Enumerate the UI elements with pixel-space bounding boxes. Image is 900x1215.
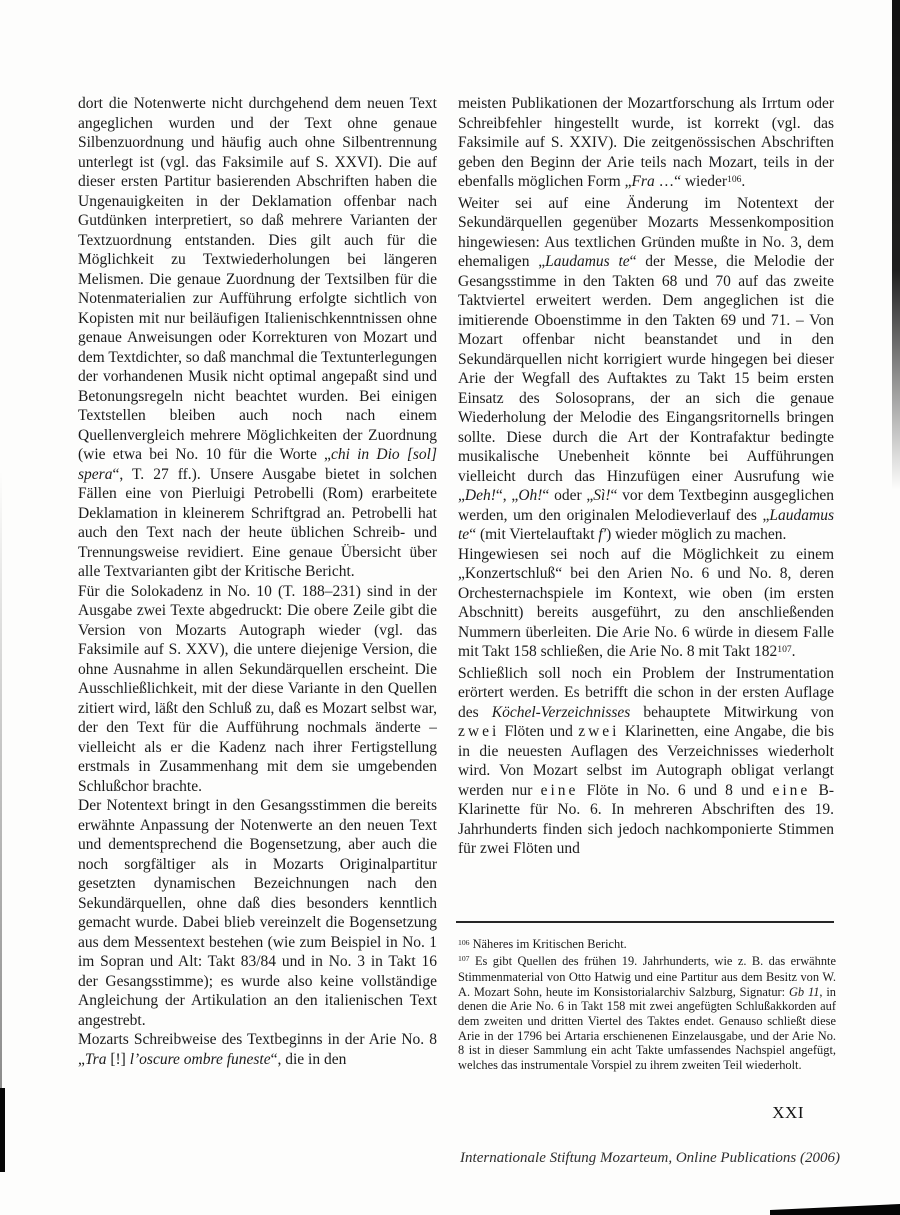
letterspaced-text-segment: eine <box>773 782 811 799</box>
paragraph: Hingewiesen sei noch auf die Möglichkeit… <box>458 545 834 664</box>
italic-text-segment: f′ <box>598 526 606 543</box>
text-segment: Flöten und <box>499 723 578 740</box>
text-segment: dort die Notenwerte nicht durchgehend de… <box>78 95 437 463</box>
italic-text-segment: Laudamus te <box>545 253 630 270</box>
italic-text-segment: Sì! <box>593 487 610 504</box>
paragraph: Der Notentext bringt in den Gesangsstimm… <box>78 796 437 1030</box>
left-text-column: dort die Notenwerte nicht durchgehend de… <box>78 94 437 1116</box>
text-segment: “ oder „ <box>542 487 593 504</box>
scan-artifact-left-hairline <box>0 470 2 1090</box>
text-segment: behauptete Mitwirkung von <box>630 704 834 721</box>
scan-artifact-bottom-right <box>770 1204 900 1215</box>
letterspaced-text-segment: zwei <box>578 723 619 740</box>
italic-text-segment: Fra <box>631 173 654 190</box>
italic-text-segment: Oh! <box>518 487 542 504</box>
italic-text-segment: Köchel-Verzeichnisses <box>492 704 631 721</box>
footer-credit: Internationale Stiftung Mozarteum, Onlin… <box>300 1150 840 1167</box>
italic-text-segment: l’oscure ombre funeste <box>130 1051 271 1068</box>
paragraph: 107 Es gibt Quellen des frühen 19. Jahrh… <box>458 954 836 1073</box>
text-segment: …“ wieder <box>655 173 727 190</box>
text-segment: “ (mit Viertelauftakt <box>469 526 598 543</box>
letterspaced-text-segment: zwei <box>458 723 499 740</box>
paragraph: Mozarts Schreibweise des Textbeginns in … <box>78 1030 437 1069</box>
paragraph: meisten Publikationen der Mozartforschun… <box>458 94 834 194</box>
letterspaced-text-segment: eine <box>541 782 579 799</box>
paragraph: Für die Solokadenz in No. 10 (T. 188–231… <box>78 582 437 797</box>
document-page: dort die Notenwerte nicht durchgehend de… <box>0 0 900 1215</box>
text-segment: “, T. 27 ff.). Unsere Ausgabe bietet in … <box>78 466 437 581</box>
footnote-reference: 106 <box>727 174 741 185</box>
text-segment: Für die Solokadenz in No. 10 (T. 188–231… <box>78 583 437 795</box>
text-segment: Der Notentext bringt in den Gesangsstimm… <box>78 797 437 1029</box>
text-segment: ) wieder möglich zu machen. <box>606 526 786 543</box>
paragraph: 106 Näheres im Kritischen Bericht. <box>458 937 836 954</box>
scan-artifact-right-edge <box>892 0 900 490</box>
text-segment: Hingewiesen sei noch auf die Möglichkeit… <box>458 546 834 661</box>
text-segment: “, die in den <box>271 1051 347 1068</box>
text-segment: . <box>792 643 796 660</box>
text-segment: . <box>741 173 745 190</box>
footnotes-block: 106 Näheres im Kritischen Bericht.107 Es… <box>458 937 836 1072</box>
text-segment: Es gibt Quellen des frühen 19. Jahrhunde… <box>458 954 836 999</box>
paragraph: Weiter sei auf eine Änderung im Notentex… <box>458 194 834 545</box>
page-number: XXI <box>458 1103 804 1123</box>
footnote-reference: 107 <box>777 644 791 655</box>
text-segment: Näheres im Kritischen Bericht. <box>470 937 627 951</box>
footnote-separator-rule <box>456 921 834 923</box>
paragraph: dort die Notenwerte nicht durchgehend de… <box>78 94 437 582</box>
footnote-reference: 107 <box>458 954 470 963</box>
text-segment: Flöte in No. 6 und 8 und <box>578 782 772 799</box>
text-segment: “, „ <box>496 487 518 504</box>
footnote-reference: 106 <box>458 938 470 947</box>
scan-artifact-left-mark <box>0 1088 5 1172</box>
italic-text-segment: Tra <box>85 1051 107 1068</box>
text-segment: “ der Messe, die Melodie der Gesangsstim… <box>458 253 834 504</box>
right-text-column: meisten Publikationen der Mozartforschun… <box>458 94 834 916</box>
italic-text-segment: Deh! <box>465 487 496 504</box>
italic-text-segment: Gb 11 <box>789 985 819 999</box>
paragraph: Schließlich soll noch ein Problem der In… <box>458 664 834 859</box>
text-segment: [!] <box>106 1051 129 1068</box>
